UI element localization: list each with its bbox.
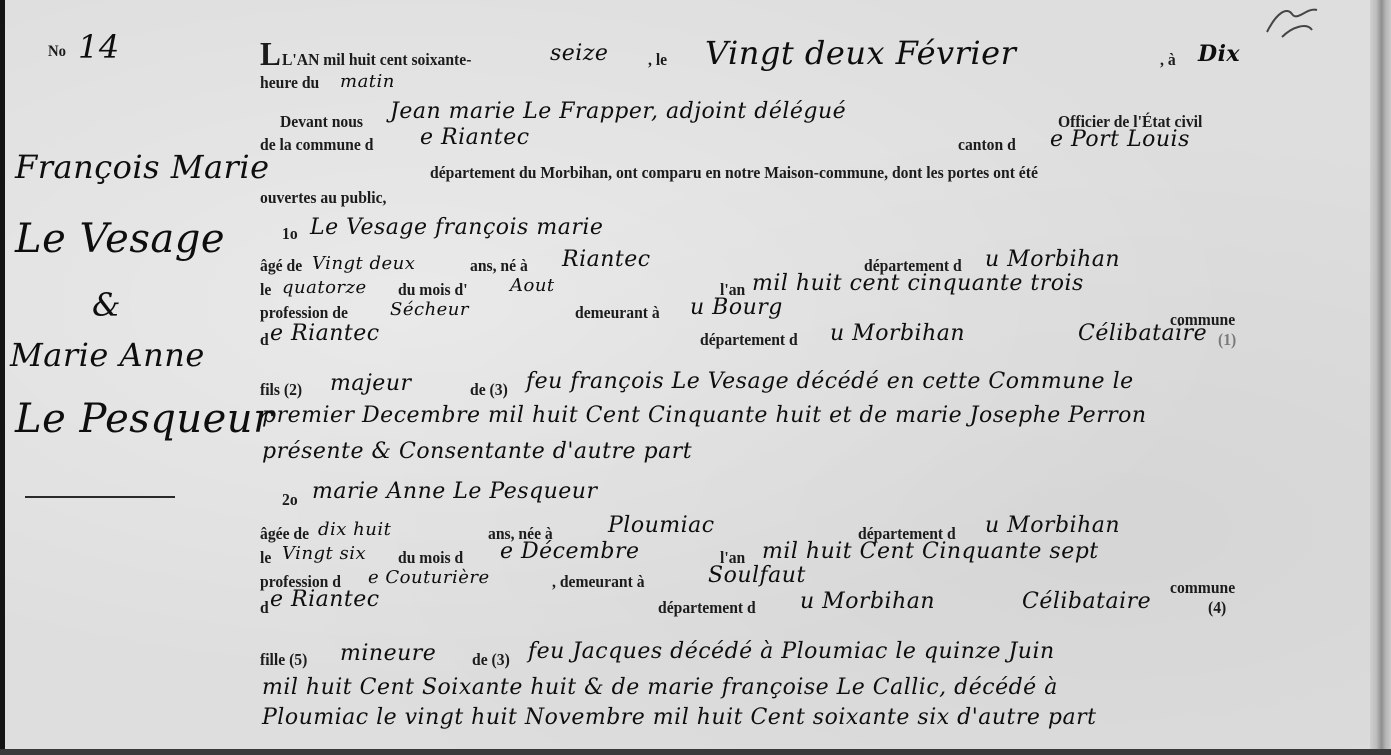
header-hour: Dix [1198, 42, 1240, 66]
groom-birth-dept: u Morbihan [985, 248, 1120, 272]
bride-birth-year: mil huit Cent Cinquante sept [762, 540, 1099, 564]
bride-age-label: âgée de [260, 524, 309, 544]
margin-groom-last: Le Vesage [15, 218, 225, 260]
bride-of-label: de (3) [472, 650, 510, 670]
groom-son-label: fils (2) [260, 380, 302, 400]
groom-residence-dept-label: département d [700, 330, 798, 350]
bride-age: dix huit [318, 518, 391, 542]
page-binding [1370, 0, 1391, 755]
bride-majority: mineure [340, 642, 436, 666]
groom-birth-day: quatorze [282, 276, 367, 300]
margin-groom-first: François Marie [15, 150, 270, 184]
bride-birthplace: Ploumiac [608, 514, 715, 538]
groom-commune: e Riantec [270, 322, 380, 346]
header-date: Vingt deux Février [705, 36, 1016, 70]
groom-residence: u Bourg [690, 296, 783, 320]
officer-printed-f: ouvertes au public, [260, 188, 386, 208]
margin-bride-first: Marie Anne [10, 338, 205, 372]
bride-residence: Soulfaut [708, 564, 806, 588]
bride-month-label: du mois d [398, 548, 463, 568]
groom-day-label: le [260, 280, 271, 300]
officer-printed-e: département du Morbihan, ont comparu en … [430, 163, 1038, 183]
page-left-edge [0, 0, 5, 755]
bride-commune: e Riantec [270, 588, 380, 612]
header-printed-a: L'AN mil huit cent soixante- [282, 50, 471, 70]
bride-parents-line2: mil huit Cent Soixante huit & de marie f… [262, 676, 1058, 700]
officer-printed-a: Devant nous [280, 112, 363, 132]
groom-born-label: ans, né à [470, 256, 528, 276]
groom-commune-prefix: d [260, 330, 269, 350]
header-initial: L [260, 38, 281, 72]
groom-parents-line1: feu françois Le Vesage décédé en cette C… [526, 370, 1134, 394]
bride-birth-day: Vingt six [282, 542, 366, 566]
officer-canton: e Port Louis [1050, 128, 1190, 152]
header-printed-line2: heure du [260, 73, 319, 93]
groom-majority: majeur [330, 372, 412, 396]
bride-name: marie Anne Le Pesqueur [312, 480, 597, 504]
groom-index: 1o [282, 224, 298, 244]
groom-birth-month: Aout [510, 274, 555, 298]
margin-conjunction: & [92, 288, 121, 322]
corner-scribble-icon [1262, 2, 1322, 42]
record-number-label: No [48, 42, 66, 62]
register-page: No 14 François Marie Le Vesage & Marie A… [0, 0, 1391, 755]
bride-residence-dept: u Morbihan [800, 590, 935, 614]
groom-of-label: de (3) [470, 380, 508, 400]
bride-status: Célibataire [1022, 590, 1151, 614]
officer-name: Jean marie Le Frapper, adjoint délégué [390, 100, 846, 124]
groom-status-note: (1) [1218, 330, 1236, 350]
officer-printed-c: de la commune d [260, 135, 373, 155]
bride-daughter-label: fille (5) [260, 650, 307, 670]
bride-residence-dept-label: département d [658, 598, 756, 618]
bride-index: 2o [282, 490, 298, 510]
groom-status: Célibataire [1078, 322, 1207, 346]
bride-parents-line3: Ploumiac le vingt huit Novembre mil huit… [262, 706, 1096, 730]
bride-commune-prefix: d [260, 598, 269, 618]
groom-residence-dept: u Morbihan [830, 322, 965, 346]
groom-birthplace: Riantec [562, 248, 651, 272]
header-year-suffix: seize [550, 42, 608, 66]
bride-parents-line1: feu Jacques décédé à Ploumiac le quinze … [528, 640, 1055, 664]
header-printed-b: , le [648, 50, 667, 70]
bride-birth-dept: u Morbihan [985, 514, 1120, 538]
groom-profession-label: profession de [260, 303, 348, 323]
margin-bride-last: Le Pesqueur [15, 398, 273, 440]
groom-month-label: du mois d' [398, 280, 468, 300]
bride-status-note: (4) [1208, 598, 1226, 618]
groom-birth-year: mil huit cent cinquante trois [752, 272, 1084, 296]
bride-residence-label: , demeurant à [552, 572, 645, 592]
groom-age: Vingt deux [312, 252, 415, 276]
officer-commune: e Riantec [420, 126, 530, 150]
bride-profession: e Couturière [368, 566, 490, 590]
bride-commune-label: commune [1170, 578, 1235, 598]
bride-birth-month: e Décembre [500, 540, 640, 564]
groom-residence-label: demeurant à [575, 303, 660, 323]
page-bottom-edge [0, 749, 1391, 755]
groom-profession: Sécheur [390, 298, 469, 322]
bride-day-label: le [260, 548, 271, 568]
groom-name: Le Vesage françois marie [310, 216, 603, 240]
groom-parents-line3: présente & Consentante d'autre part [262, 440, 692, 464]
groom-age-label: âgé de [260, 256, 302, 276]
record-number-value: 14 [78, 30, 120, 64]
groom-parents-line2: premier Decembre mil huit Cent Cinquante… [262, 404, 1147, 428]
header-printed-c: , à [1160, 50, 1176, 70]
margin-rule [25, 496, 175, 498]
officer-printed-d: canton d [958, 135, 1016, 155]
header-time-of-day: matin [340, 70, 395, 94]
